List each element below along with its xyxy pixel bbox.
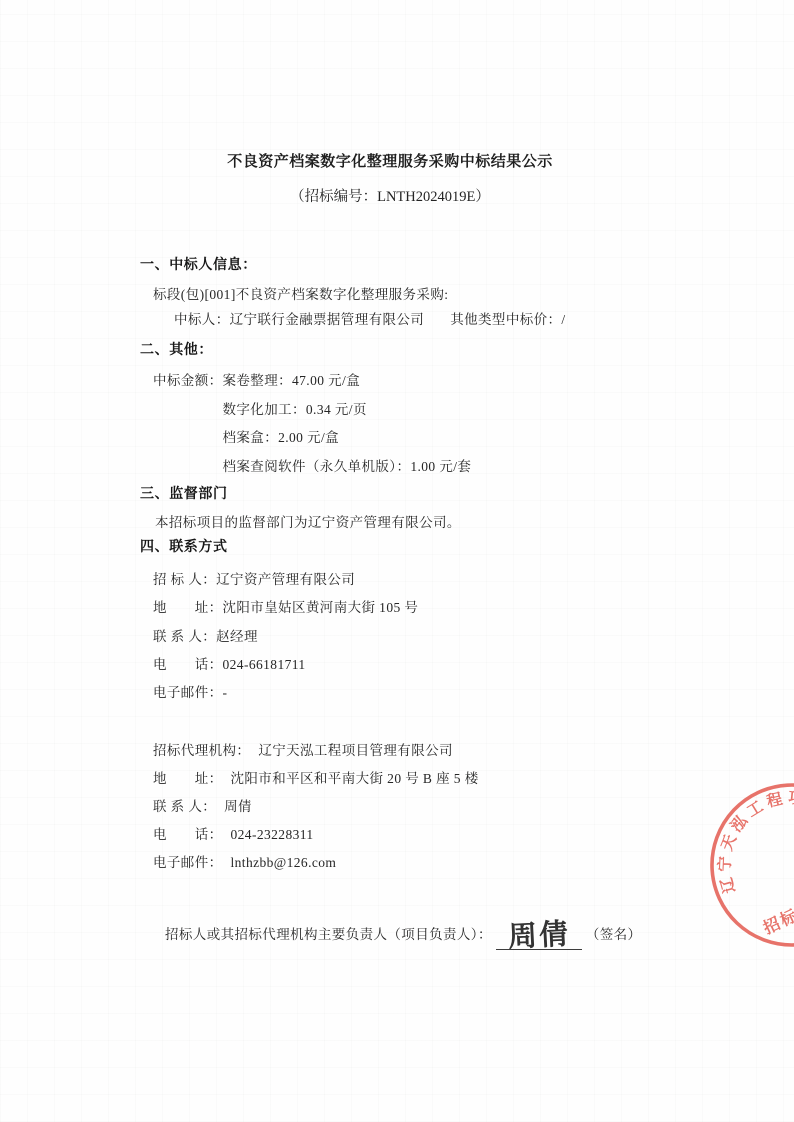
award-amount-label: 中标金额：	[153, 367, 223, 396]
contact-label: 电子邮件：	[153, 849, 223, 877]
stamp-circle	[686, 759, 794, 972]
winner-value: 辽宁联行金融票据管理有限公司	[230, 312, 425, 327]
signature-line: 周倩	[496, 919, 582, 950]
stamp-banner-text: 招标专用章	[759, 881, 794, 939]
contact-value: 沈阳市和平区和平南大街 20 号 B 座 5 楼	[223, 765, 479, 793]
stamp-ring-text: 辽宁天泓工程项目管理有限公司	[690, 762, 794, 966]
contact-label: 招 标 人：	[153, 566, 216, 594]
contact-value: 024-66181711	[223, 651, 306, 679]
other-price-label: 其他类型中标价：	[450, 312, 561, 327]
contact-value: 辽宁资产管理有限公司	[216, 566, 355, 594]
contact-row: 地 址：沈阳市和平区和平南大街 20 号 B 座 5 楼	[153, 765, 479, 793]
tenderer-contact-block: 招 标 人：辽宁资产管理有限公司 地 址：沈阳市皇姑区黄河南大街 105 号 联…	[153, 566, 418, 707]
signature-suffix: （签名）	[586, 920, 642, 950]
tender-number-subtitle: （招标编号：LNTH2024019E）	[0, 186, 780, 208]
contact-value: 周倩	[216, 793, 252, 821]
amount-item: 案卷整理：47.00 元/盒	[223, 367, 472, 396]
amount-item: 档案盒：2.00 元/盒	[223, 424, 472, 453]
contact-row: 地 址：沈阳市皇姑区黄河南大街 105 号	[153, 594, 418, 622]
contact-row: 电 话：024-23228311	[153, 821, 479, 849]
contact-row: 招标代理机构：辽宁天泓工程项目管理有限公司	[153, 737, 479, 765]
contact-row: 联 系 人：周倩	[153, 793, 479, 821]
signature-row: 招标人或其招标代理机构主要负责人（项目负责人）：周倩（签名）	[165, 919, 641, 950]
contact-value: 赵经理	[216, 623, 258, 651]
winner-label: 中标人：	[174, 312, 230, 327]
contact-row: 联 系 人：赵经理	[153, 623, 418, 651]
winner-row: 中标人：辽宁联行金融票据管理有限公司其他类型中标价：/	[174, 306, 566, 335]
red-company-seal-stamp: 辽宁天泓工程项目管理有限公司 招标专用章	[682, 755, 794, 975]
contact-value: 辽宁天泓工程项目管理有限公司	[250, 737, 453, 765]
contact-row: 招 标 人：辽宁资产管理有限公司	[153, 566, 418, 594]
contact-value: -	[223, 679, 228, 707]
contact-value: lnthzbb@126.com	[223, 849, 337, 877]
agency-contact-block: 招标代理机构：辽宁天泓工程项目管理有限公司 地 址：沈阳市和平区和平南大街 20…	[153, 737, 479, 877]
contact-label: 电子邮件：	[153, 679, 223, 707]
amount-item: 数字化加工：0.34 元/页	[223, 396, 472, 425]
handwritten-signature: 周倩	[507, 919, 571, 952]
award-amount-block: 中标金额： 案卷整理：47.00 元/盒 数字化加工：0.34 元/页 档案盒：…	[153, 367, 471, 481]
section-heading-contact: 四、联系方式	[140, 534, 228, 563]
contact-label: 招标代理机构：	[153, 737, 250, 765]
signature-label: 招标人或其招标代理机构主要负责人（项目负责人）：	[165, 920, 492, 950]
amount-item: 档案查阅软件（永久单机版）：1.00 元/套	[223, 453, 472, 482]
contact-label: 电 话：	[153, 821, 223, 849]
award-amount-items: 案卷整理：47.00 元/盒 数字化加工：0.34 元/页 档案盒：2.00 元…	[223, 367, 472, 481]
section-heading-supervision: 三、监督部门	[140, 481, 228, 510]
contact-row: 电子邮件：lnthzbb@126.com	[153, 849, 479, 877]
contact-label: 联 系 人：	[153, 623, 216, 651]
contact-label: 联 系 人：	[153, 793, 216, 821]
contact-label: 地 址：	[153, 765, 223, 793]
section-heading-winner-info: 一、中标人信息：	[140, 252, 257, 281]
scanned-document-page: 不良资产档案数字化整理服务采购中标结果公示 （招标编号：LNTH2024019E…	[0, 0, 794, 1122]
section-heading-other: 二、其他：	[140, 337, 213, 366]
other-price-value: /	[561, 312, 565, 327]
document-title: 不良资产档案数字化整理服务采购中标结果公示	[0, 151, 780, 173]
contact-label: 电 话：	[153, 651, 223, 679]
contact-row: 电子邮件：-	[153, 679, 418, 707]
contact-value: 024-23228311	[223, 821, 314, 849]
contact-value: 沈阳市皇姑区黄河南大街 105 号	[223, 594, 419, 622]
contact-row: 电 话：024-66181711	[153, 651, 418, 679]
contact-label: 地 址：	[153, 594, 223, 622]
